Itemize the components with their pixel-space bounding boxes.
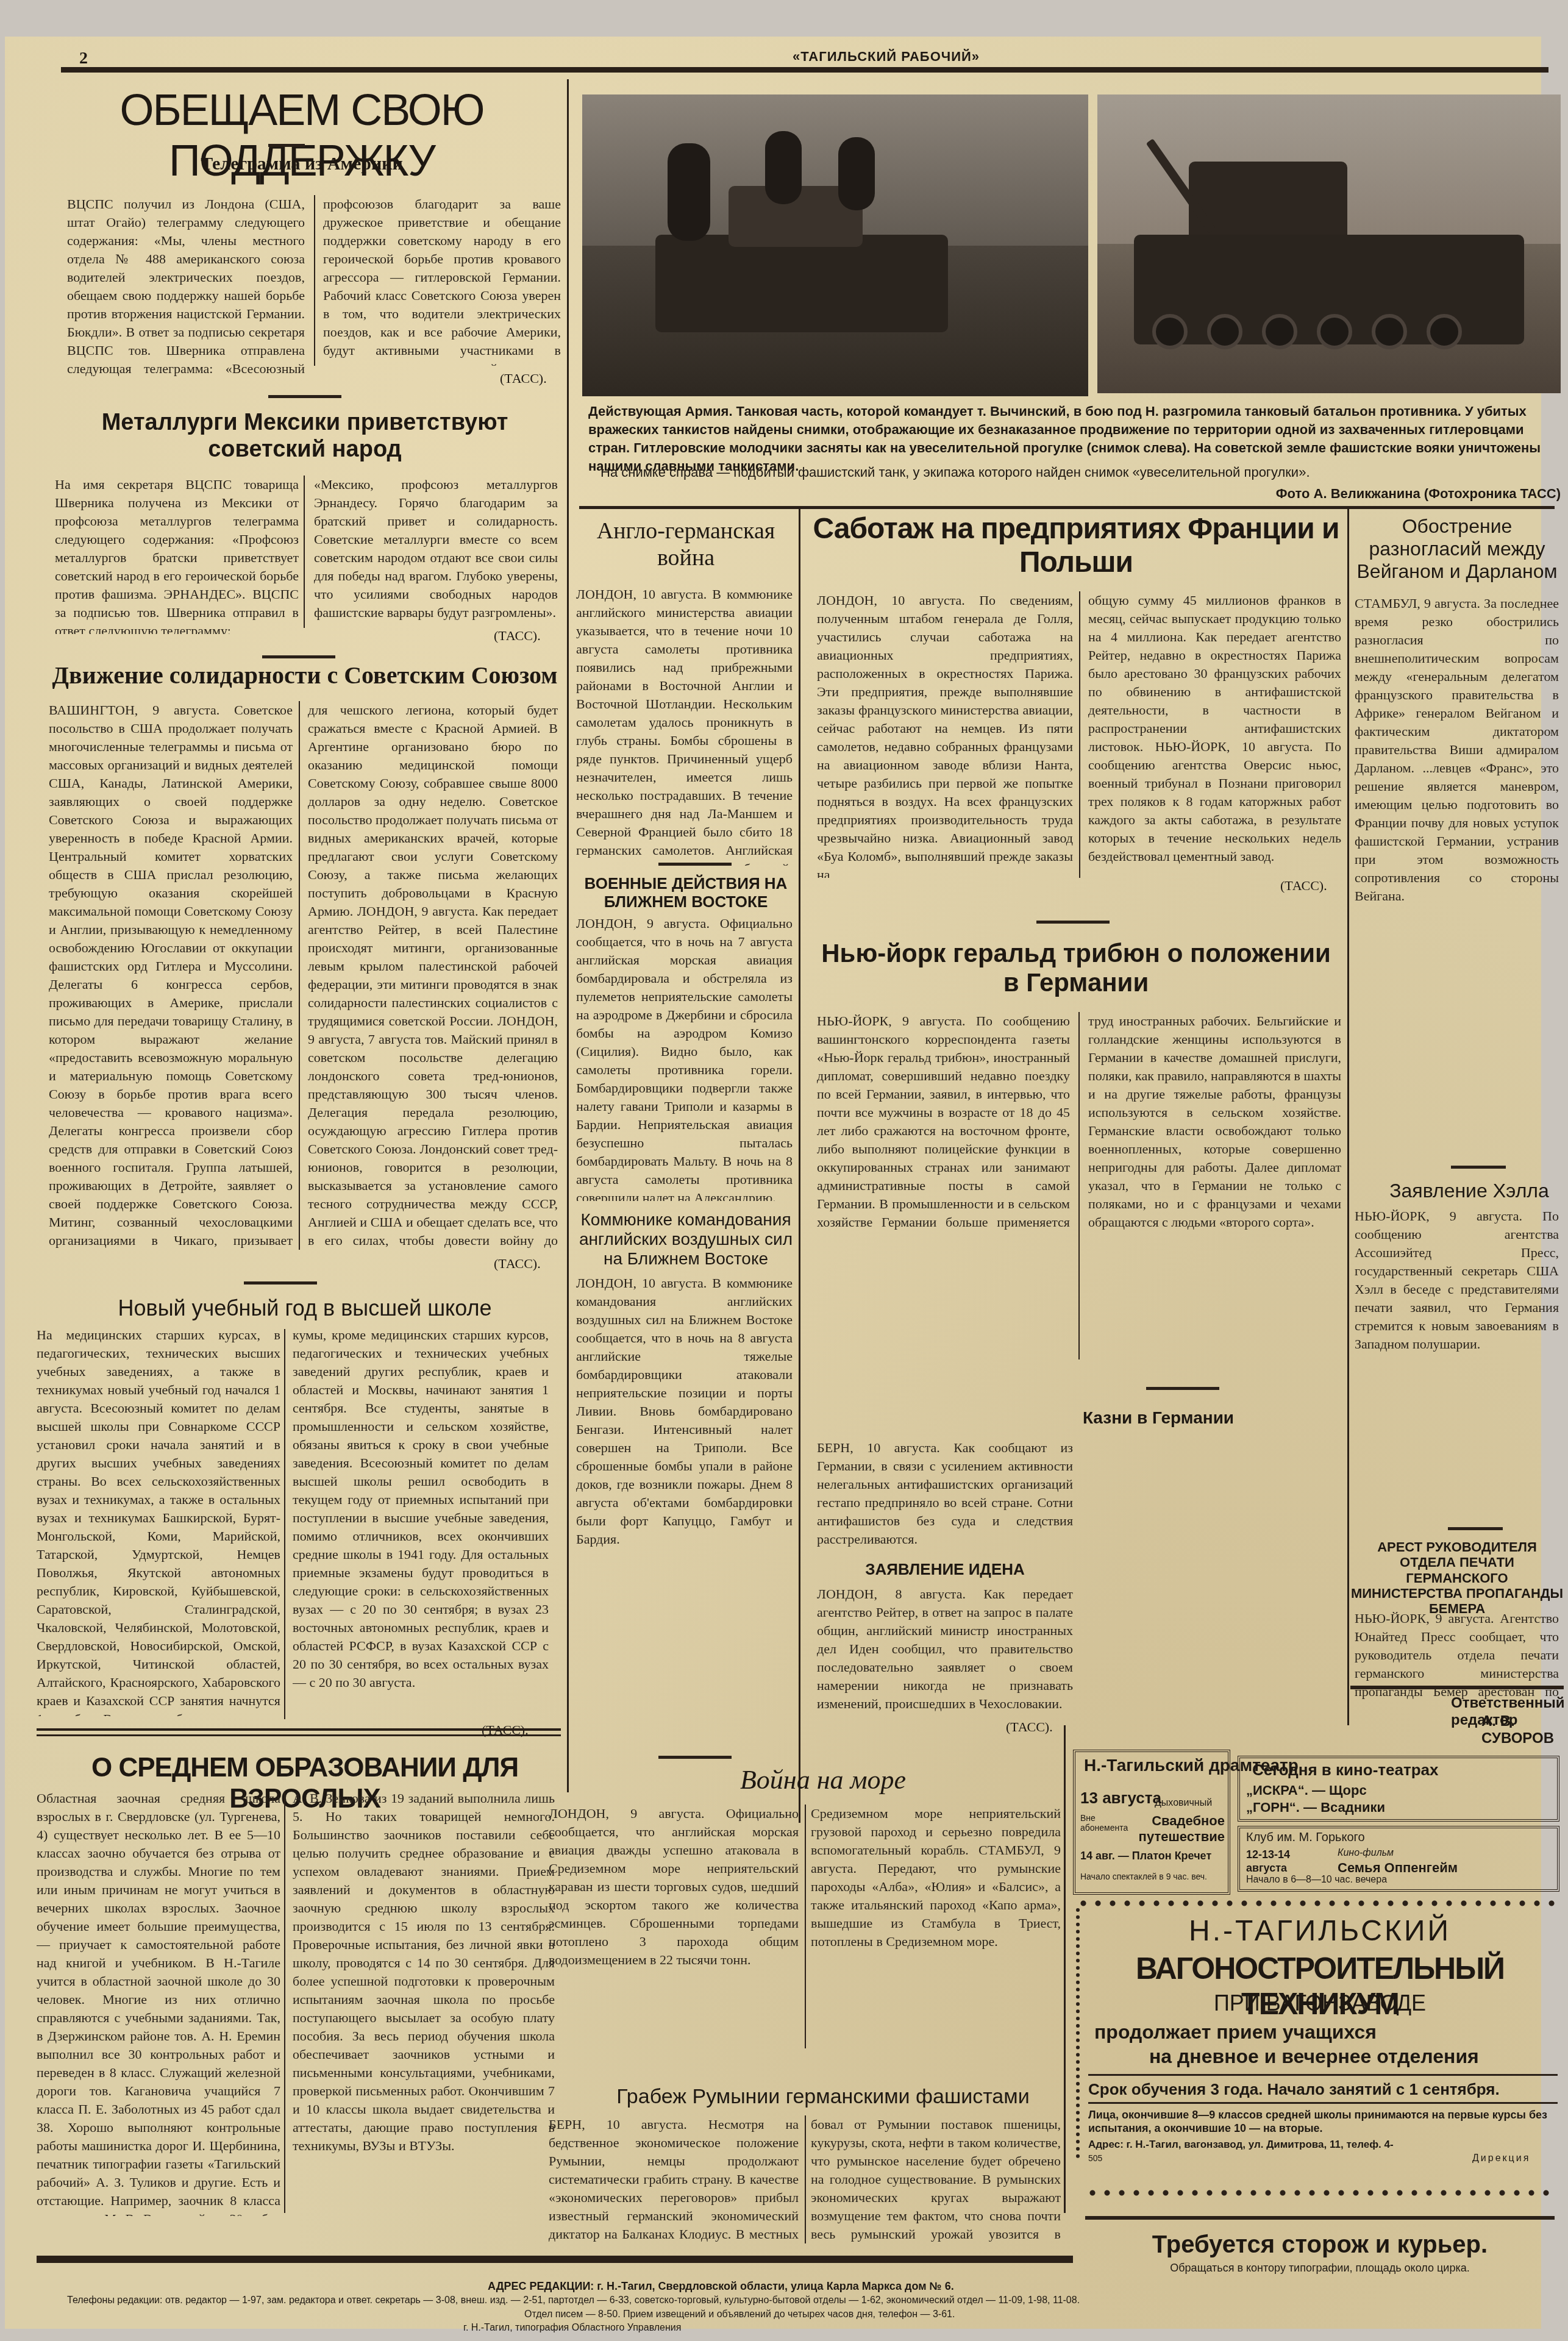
- ad-technikum-line3: ПРИ ВАГОНЗАВОДЕ: [1082, 1990, 1558, 2016]
- article-hull: НЬЮ-ЙОРК, 9 августа. По сообщению агентс…: [1355, 1207, 1559, 1506]
- wavy-rule: [579, 506, 1555, 509]
- headline-solidarity: Движение солидарности с Советским Союзом: [49, 661, 561, 689]
- article-mexico-col2: «Мексико, профсоюз металлургов Эрнандесу…: [314, 476, 558, 628]
- column-divider: [299, 701, 300, 1250]
- ad-wanted-note: Обращаться в контору типографии, площадь…: [1085, 2262, 1555, 2275]
- ad-club-film: Семья Оппенгейм: [1338, 1860, 1458, 1876]
- ad-club-title: Клуб им. М. Горького: [1246, 1831, 1365, 1845]
- article-sea-war-col2: Средиземном море неприятельский грузовой…: [811, 1805, 1061, 2048]
- column-divider: [1079, 591, 1080, 878]
- ad-cinema-title: Сегодня в кино-театрах: [1252, 1761, 1439, 1780]
- ad-cinema-row: „ГОРН“. — Всадники: [1246, 1800, 1385, 1815]
- ornament-border: [1076, 1899, 1558, 1908]
- soldier-figure: [668, 143, 710, 241]
- headline-sea-war: Война на море: [585, 1765, 1061, 1796]
- footer-printer: г. Н.-Тагил, типография Областного Управ…: [463, 2323, 681, 2334]
- photo-left-tank: [582, 94, 1088, 396]
- article-romania-col2: бовал от Румынии поставок пшеницы, кукур…: [811, 2115, 1061, 2243]
- separator: [244, 1281, 317, 1285]
- ad-wanted-title: Требуется сторож и курьер.: [1085, 2231, 1555, 2259]
- source-tass: (ТАСС).: [494, 1256, 541, 1272]
- article-eden: ЛОНДОН, 8 августа. Как передает агентств…: [817, 1585, 1073, 1719]
- rule: [1085, 2216, 1555, 2220]
- ad-technikum: Н.-ТАГИЛЬСКИЙ ВАГОНОСТРОИТЕЛЬНЫЙ ТЕХНИКУ…: [1082, 1908, 1558, 2170]
- ad-technikum-address: Адрес: г. Н.-Тагил, вагонзавод, ул. Дими…: [1088, 2139, 1394, 2151]
- article-sabotage-col1: ЛОНДОН, 10 августа. По сведениям, получе…: [817, 591, 1073, 878]
- headline-raf-middle-east: Коммюнике командования английских воздуш…: [576, 1210, 796, 1269]
- article-solidarity-col1: ВАШИНГТОН, 9 августа. Советское посольст…: [49, 701, 293, 1250]
- ad-technikum-line1: Н.-ТАГИЛЬСКИЙ: [1082, 1914, 1558, 1948]
- article-adult-col1: Областная заочная средняя школа взрослых…: [37, 1789, 280, 2216]
- headline-mexico: Металлурги Мексики приветствуют советски…: [73, 410, 536, 463]
- headline-eden: ЗАЯВЛЕНИЕ ИДЕНА: [817, 1561, 1073, 1579]
- footer-rule: [37, 2256, 1073, 2263]
- tank-wheel: [1262, 314, 1297, 349]
- article-adult-col2: А. В. Зенкова из 19 заданий выполнила ли…: [293, 1789, 555, 2216]
- tank-wheel: [1207, 314, 1242, 349]
- source-tass: (ТАСС).: [1006, 1719, 1053, 1735]
- separator: [1036, 921, 1110, 924]
- subhead-support: Телеграмма из Америки: [43, 154, 561, 175]
- wavy-rule: [37, 1734, 561, 1736]
- soldier-figure: [838, 137, 875, 210]
- article-school-col2: кумы, кроме медицинских старших курсов, …: [293, 1326, 549, 1704]
- headline-herald-tribune: Нью-йорк геральд трибюн о положении в Ге…: [811, 939, 1341, 998]
- separator: [1448, 1527, 1503, 1530]
- ad-technikum-line5: на дневное и вечернее отделения: [1149, 2045, 1479, 2068]
- article-weygand: СТАМБУЛ, 9 августа. За последнее время р…: [1355, 594, 1559, 1180]
- ad-club-dates: 12-13-14 августа: [1246, 1848, 1307, 1875]
- separator: [268, 144, 305, 147]
- separator: [1451, 1166, 1506, 1169]
- ad-technikum-line4: продолжает прием учащихся: [1094, 2021, 1377, 2043]
- ad-club-film-label: Кино-фильм: [1338, 1848, 1394, 1859]
- ad-cinema: Сегодня в кино-театрах „ИСКРА“. — Щорс „…: [1238, 1756, 1559, 1822]
- headline-school-year: Новый учебный год в высшей школе: [49, 1295, 561, 1320]
- ad-theatre-note: Вне абонемента: [1080, 1813, 1129, 1833]
- ad-technikum-term: Срок обучения 3 года. Начало занятий с 1…: [1088, 2080, 1500, 2099]
- rule: [1350, 1686, 1564, 1689]
- ornament-border: [1085, 2189, 1558, 2197]
- masthead-rule: [61, 67, 1548, 73]
- ad-theatre: Н.-Тагильский драмтеатр 13 августа Дыхов…: [1073, 1750, 1230, 1895]
- rule: [1088, 2102, 1558, 2104]
- soldier-figure: [765, 131, 802, 204]
- article-herald-tribune: НЬЮ-ЙОРК, 9 августа. По сообщению вашинг…: [817, 1012, 1341, 1359]
- column-divider: [805, 1805, 806, 2048]
- separator: [262, 655, 335, 658]
- tank-wheel: [1152, 314, 1188, 349]
- source-tass: (ТАСС).: [1280, 878, 1327, 894]
- tank-wheel: [1317, 314, 1352, 349]
- article-executions: БЕРН, 10 августа. Как сообщают из Герман…: [817, 1439, 1073, 1548]
- column-divider: [1064, 1725, 1066, 2213]
- article-support-col2: профсоюзов благодарит за ваше дружеское …: [323, 195, 561, 366]
- article-school-col1: На медицинских старших курсах, в педагог…: [37, 1326, 280, 1716]
- headline-sabotage: Саботаж на предприятиях Франции и Польши: [811, 512, 1341, 579]
- ad-technikum-code: 505: [1088, 2153, 1102, 2163]
- masthead-title: «ТАГИЛЬСКИЙ РАБОЧИЙ»: [793, 49, 980, 65]
- ad-theatre-date: 13 августа: [1080, 1789, 1161, 1808]
- separator: [1146, 1387, 1219, 1390]
- article-support-col1: ВЦСПС получил из Лондона (США, штат Огай…: [67, 195, 305, 378]
- rule: [1088, 2074, 1558, 2076]
- ad-theatre-play: Свадебное путешествие: [1133, 1813, 1225, 1845]
- article-anglo-german: ЛОНДОН, 10 августа. В коммюнике английск…: [576, 585, 793, 866]
- editor-name: А. В. СУВОРОВ: [1481, 1713, 1568, 1747]
- source-tass: (ТАСС).: [494, 628, 541, 644]
- ad-technikum-conditions: Лица, окончившие 8—9 классов средней шко…: [1088, 2108, 1552, 2135]
- tank-wheel: [1372, 314, 1407, 349]
- headline-middle-east: ВОЕННЫЕ ДЕЙСТВИЯ НА БЛИЖНЕМ ВОСТОКЕ: [576, 875, 796, 911]
- article-raf-middle-east: ЛОНДОН, 10 августа. В коммюнике командов…: [576, 1274, 793, 1725]
- article-middle-east: ЛОНДОН, 9 августа. Официально сообщается…: [576, 914, 793, 1201]
- headline-hull: Заявление Хэлла: [1372, 1180, 1567, 1202]
- photo-right-tank: [1097, 94, 1561, 393]
- wavy-rule: [37, 1728, 561, 1731]
- column-divider: [284, 1329, 285, 1719]
- page-number: 2: [79, 49, 88, 68]
- headline-romania: Грабеж Румынии германскими фашистами: [585, 2085, 1061, 2109]
- headline-weygand: Обострение разногласий между Вейганом и …: [1353, 515, 1561, 582]
- separator: [658, 863, 732, 866]
- column-divider: [284, 1792, 285, 2213]
- ad-technikum-signature: Дирекция: [1472, 2153, 1530, 2164]
- column-divider: [567, 79, 569, 1792]
- footer-address: АДРЕС РЕДАКЦИИ: г. Н.-Тагил, Свердловско…: [488, 2280, 954, 2293]
- separator: [268, 395, 341, 398]
- column-divider: [304, 476, 305, 628]
- photo-credit: Фото А. Великжанина (Фотохроника ТАСС): [1274, 485, 1561, 503]
- headline-anglo-german: Англо-германская война: [576, 518, 796, 571]
- ad-theatre-next: 14 авг. — Платон Кречет: [1080, 1850, 1211, 1862]
- separator: [658, 1756, 732, 1759]
- ad-theatre-start: Начало спектаклей в 9 час. веч.: [1080, 1872, 1207, 1881]
- article-mexico-col1: На имя секретаря ВЦСПС товарища Шверника…: [55, 476, 299, 634]
- ad-club-start: Начало в 6—8—10 час. вечера: [1246, 1875, 1387, 1886]
- column-divider: [1347, 506, 1349, 1725]
- article-sabotage-col2: общую сумму 45 миллионов франков в месяц…: [1088, 591, 1341, 872]
- ad-theatre-author: Дыховичный: [1155, 1798, 1212, 1809]
- photo-caption-right: На снимке справа — подбитый фашистский т…: [600, 463, 1454, 482]
- footer-letters: Отдел писем — 8-50. Прием извещений и об…: [524, 2309, 955, 2320]
- column-divider: [314, 195, 315, 366]
- ad-cinema-row: „ИСКРА“. — Щорс: [1246, 1783, 1367, 1798]
- ad-club: Клуб им. М. Горького 12-13-14 августа Ки…: [1238, 1826, 1559, 1892]
- column-divider: [805, 2115, 806, 2243]
- column-divider: [799, 506, 800, 1823]
- headline-boehmer: АРЕСТ РУКОВОДИТЕЛЯ ОТДЕЛА ПЕЧАТИ ГЕРМАНС…: [1350, 1539, 1564, 1616]
- article-sea-war-col1: ЛОНДОН, 9 августа. Официально сообщается…: [549, 1805, 799, 2048]
- footer-phones: Телефоны редакции: отв. редактор — 1-97,…: [67, 2295, 1555, 2306]
- source-tass: (ТАСС).: [500, 371, 547, 387]
- headline-executions: Казни в Германии: [975, 1408, 1341, 1428]
- tank-shape: [655, 235, 948, 332]
- article-romania-col1: БЕРН, 10 августа. Несмотря на бедственно…: [549, 2115, 799, 2243]
- article-solidarity-col2: для чешского легиона, который будет сраж…: [308, 701, 558, 1250]
- tank-wheel: [1427, 314, 1462, 349]
